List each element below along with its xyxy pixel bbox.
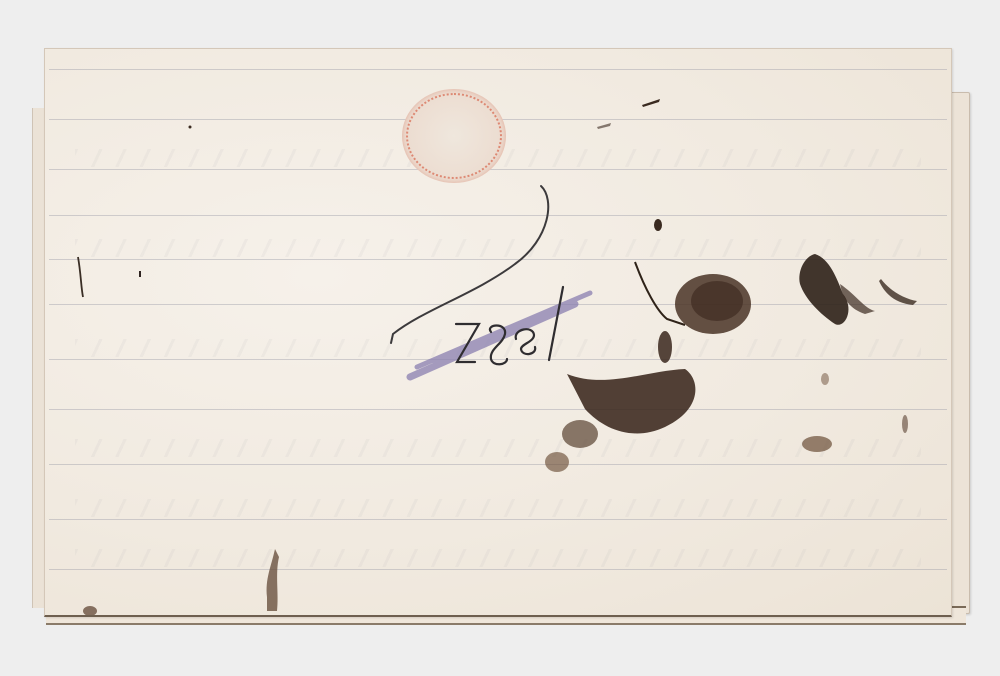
scene: 1837	[0, 0, 1000, 676]
ink-blot-right	[799, 254, 917, 325]
markings-layer	[45, 49, 951, 615]
ink-specks-upper	[189, 99, 663, 231]
ink-dot	[139, 271, 141, 277]
ink-spot-bottom-left	[83, 606, 97, 615]
ink-drip-bottom	[267, 549, 279, 611]
ink-smudge-lower-right	[802, 373, 908, 452]
ink-blot-upper	[675, 274, 751, 334]
letter-sheet: 1837	[44, 48, 952, 617]
ink-blot-center	[545, 331, 695, 472]
pencil-mark-left	[78, 257, 83, 297]
